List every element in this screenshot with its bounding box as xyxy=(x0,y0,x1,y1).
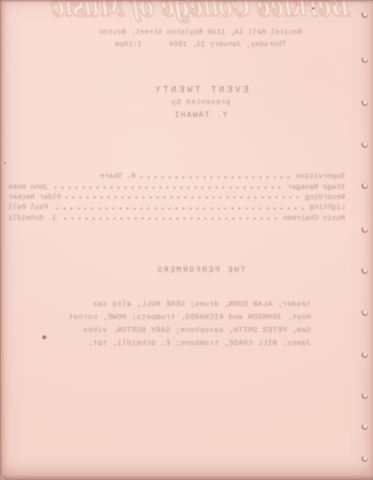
binding-hole xyxy=(361,57,368,63)
page-edge-top xyxy=(0,0,373,2)
binding-hole xyxy=(361,456,368,462)
credit-label: Music Chairman xyxy=(283,215,345,223)
dotted-leader xyxy=(139,174,292,181)
binding-hole xyxy=(361,352,368,358)
performer-line: James, BILL CHASE, trombone; E. Schmidli… xyxy=(10,340,311,353)
binding-hole xyxy=(361,142,368,148)
binding-hole xyxy=(361,12,368,18)
credit-row: SupervisionR. Share xyxy=(8,172,345,182)
credit-value: J. Schmidli xyxy=(8,215,57,223)
credit-row: Stage ManagerJohn Hoke xyxy=(8,182,345,192)
credit-row: LightingPaul Bell xyxy=(8,203,345,213)
binding-hole xyxy=(361,268,368,274)
credit-value: Paul Bell xyxy=(8,204,48,212)
presented-by-line: presented by xyxy=(28,99,373,107)
date-line: Thursday, January 11, 1968 1:10pm xyxy=(28,41,373,49)
program-page-back: Berklee College of Music Recital Hall 1A… xyxy=(0,0,373,480)
credit-row: RecordingOlder Hecker xyxy=(8,193,345,203)
binding-holes xyxy=(359,0,371,480)
binding-hole xyxy=(361,100,368,106)
credit-label: Lighting xyxy=(310,204,345,212)
performers-list: leader, ALAN DORN, drums; GENE HULL, alt… xyxy=(10,301,311,353)
dotted-leader xyxy=(65,194,301,201)
performer-line: leader, ALAN DORN, drums; GENE HULL, alt… xyxy=(10,301,311,314)
event-title: EVENT TWENTY xyxy=(28,85,373,95)
masthead-logo: Berklee College of Music xyxy=(28,0,373,23)
credit-value: R. Share xyxy=(100,173,135,181)
showthrough-layer: Berklee College of Music Recital Hall 1A… xyxy=(0,0,373,480)
credit-label: Supervision xyxy=(296,173,345,181)
performer-line: Sam, PETER SMITH, saxophone; GARY BURTON… xyxy=(10,327,311,340)
binding-hole xyxy=(361,393,368,399)
binding-hole xyxy=(361,227,368,233)
credit-row: Music ChairmanJ. Schmidli xyxy=(8,214,345,224)
credits-list: SupervisionR. ShareStage ManagerJohn Hok… xyxy=(8,172,345,224)
page-edge-left xyxy=(0,0,2,480)
credit-value: Older Hecker xyxy=(8,194,61,202)
credit-label: Recording xyxy=(305,194,345,202)
dotted-leader xyxy=(52,184,283,191)
performers-heading: THE PERFORMERS xyxy=(28,266,373,275)
page-edge-bottom xyxy=(0,475,373,480)
dotted-leader xyxy=(61,215,279,222)
dotted-leader xyxy=(52,205,306,212)
address-line: Recital Hall 1A, 1140 Boylston Street, B… xyxy=(28,29,373,37)
performer-line: Hoyt, JOHNSON and RICHARDS, trumpets; HO… xyxy=(10,314,311,327)
credit-value: John Hoke xyxy=(8,184,48,192)
credit-label: Stage Manager xyxy=(287,184,345,192)
paper-speck xyxy=(4,162,6,164)
paper-speck xyxy=(312,7,315,10)
presenter-name: Y. TAWAHI xyxy=(28,111,373,120)
paper-speck xyxy=(42,335,47,340)
binding-hole xyxy=(361,310,368,316)
binding-hole xyxy=(361,424,368,430)
binding-hole xyxy=(361,183,368,189)
